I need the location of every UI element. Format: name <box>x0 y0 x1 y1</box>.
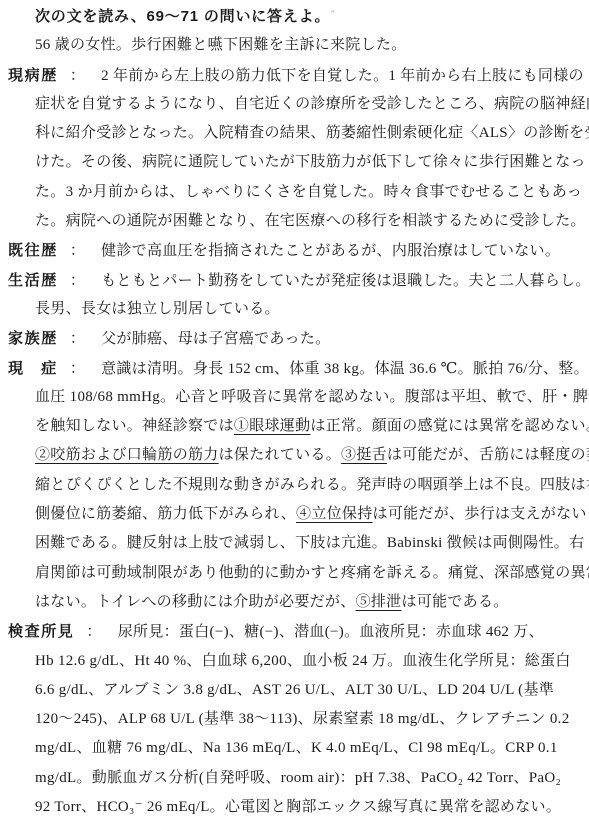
label-colon: ： <box>70 68 85 84</box>
label-colon: ： <box>86 624 101 640</box>
text-segment: 側優位に筋萎縮、筋力低下がみられ、 <box>35 506 296 522</box>
text-line: 6.6 g/dL、アルブミン 3.8 g/dL、AST 26 U/L、ALT 3… <box>0 676 589 705</box>
text-segment: は可能だが、歩行は支えがないと <box>373 506 589 522</box>
text-segment: けた。その後、病院に通院していたが下肢筋力が低下して徐々に歩行困難となっ <box>35 154 586 170</box>
underlined-phrase-2: ②咬筋および口輪筋の筋力 <box>35 447 219 463</box>
text-segment: た。病院への通院が困難となり、在宅医療への移行を相談するために受診した。 <box>35 213 586 229</box>
text-segment: は保たれている。 <box>219 447 341 463</box>
section-label: 家族歴 <box>8 330 58 347</box>
text-line: 症状を自覚するようになり、自宅近くの診療所を受診したところ、病院の脳神経内 <box>0 90 589 119</box>
section-label: 生活歴 <box>8 272 58 289</box>
text-line: た。3 か月前からは、しゃべりにくさを自覚した。時々食事でむせることもあっ <box>0 178 589 207</box>
text-segment: 困難である。腱反射は上肢で減弱し、下肢は亢進。Babinski 徴候は両側陽性。… <box>35 535 584 551</box>
text-line: 120～245)、ALP 68 U/L (基準 38～113)、尿素窒素 18 … <box>0 705 589 734</box>
text-segment: 父が肺癌、母は子宮癌であった。 <box>101 331 330 347</box>
text-line: 長男、長女は独立し別居している。 <box>0 295 589 324</box>
label-colon: ： <box>70 361 85 377</box>
exam-instruction: 次の文を読み、69～71 の問いに答えよ。 <box>0 2 589 31</box>
text-segment: 尿所見：蛋白(−)、糖(−)、潜血(−)。血液所見：赤血球 462 万、 <box>118 624 544 640</box>
text-segment: 6.6 g/dL、アルブミン 3.8 g/dL、AST 26 U/L、ALT 3… <box>35 682 554 698</box>
section-label: 現病歴 <box>8 67 58 84</box>
text-line: 困難である。腱反射は上肢で減弱し、下肢は亢進。Babinski 徴候は両側陽性。… <box>0 529 589 558</box>
text-segment: は可能だが、舌筋には軽度の萎 <box>387 447 589 463</box>
section-label: 現 症 <box>8 360 58 377</box>
text-segment: mg/dL、血糖 76 mg/dL、Na 136 mEq/L、K 4.0 mEq… <box>35 740 558 756</box>
text-segment: た。3 か月前からは、しゃべりにくさを自覚した。時々食事でむせることもあっ <box>35 184 582 200</box>
text-line: 56 歳の女性。歩行困難と嚥下困難を主訴に来院した。 <box>0 31 589 60</box>
text-line: 肩関節は可動域制限があり他動的に動かすと疼痛を訴える。痛覚、深部感覚の異常 <box>0 559 589 588</box>
text-segment: 2 年前から左上肢の筋力低下を自覚した。1 年前から右上肢にも同様の <box>101 68 584 84</box>
text-line: 92 Torr、HCO₃⁻ 26 mEq/L。心電図と胸部エックス線写真に異常を… <box>0 793 589 822</box>
text-segment: 長男、長女は独立し別居している。 <box>35 301 280 317</box>
text-segment: mg/dL。動脈血ガス分析(自発呼吸、room air)：pH 7.38、PaC… <box>35 770 561 786</box>
text-segment: は正常。顔面の感覚には異常を認めない。 <box>310 418 589 434</box>
underlined-phrase-3: ③挺舌 <box>341 447 387 463</box>
text-line: 縮とぴくぴくとした不規則な動きがみられる。発声時の咽頭挙上は不良。四肢は右 <box>0 471 589 500</box>
text-segment: は可能である。 <box>401 594 508 610</box>
text-segment: Hb 12.6 g/dL、Ht 40 %、白血球 6,200、血小板 24 万。… <box>35 653 571 669</box>
scan-artifact-mark: ″ <box>331 9 335 19</box>
section-label: 既往歴 <box>8 242 58 259</box>
text-segment: 健診で高血圧を指摘されたことがあるが、内服治療はしていない。 <box>101 243 560 259</box>
exam-case-document: 次の文を読み、69～71 の問いに答えよ。 56 歳の女性。歩行困難と嚥下困難を… <box>0 0 589 822</box>
text-segment: 症状を自覚するようになり、自宅近くの診療所を受診したところ、病院の脳神経内 <box>35 96 589 112</box>
text-segment: 血圧 108/68 mmHg。心音と呼吸音に異常を認めない。腹部は平坦、軟で、肝… <box>35 389 588 405</box>
text-line: ②咬筋および口輪筋の筋力は保たれている。③挺舌は可能だが、舌筋には軽度の萎 <box>0 441 589 470</box>
label-colon: ： <box>70 243 85 259</box>
label-colon: ： <box>70 273 85 289</box>
text-segment: 意識は清明。身長 152 cm、体重 38 kg。体温 36.6 ℃。脈拍 76… <box>101 361 589 377</box>
underlined-phrase-1: ①眼球運動 <box>234 418 311 434</box>
text-line: 血圧 108/68 mmHg。心音と呼吸音に異常を認めない。腹部は平坦、軟で、肝… <box>0 383 589 412</box>
text-segment: もともとパート勤務をしていたが発症後は退職した。夫と二人暮らし。 <box>101 273 589 289</box>
text-segment: 縮とぴくぴくとした不規則な動きがみられる。発声時の咽頭挙上は不良。四肢は右 <box>35 477 589 493</box>
label-colon: ： <box>70 331 85 347</box>
text-line: mg/dL。動脈血ガス分析(自発呼吸、room air)：pH 7.38、PaC… <box>0 764 589 793</box>
section-label: 検査所見 <box>8 623 74 640</box>
text-segment: 科に紹介受診となった。入院精査の結果、筋萎縮性側索硬化症〈ALS〉の診断を受 <box>35 125 589 141</box>
text-line: 現 症：意識は清明。身長 152 cm、体重 38 kg。体温 36.6 ℃。脈… <box>0 354 589 383</box>
text-segment: を触知しない。神経診察では <box>35 418 234 434</box>
text-line: た。病院への通院が困難となり、在宅医療への移行を相談するために受診した。 <box>0 207 589 236</box>
text-segment: 120～245)、ALP 68 U/L (基準 38～113)、尿素窒素 18 … <box>35 711 570 727</box>
text-line: 現病歴：2 年前から左上肢の筋力低下を自覚した。1 年前から右上肢にも同様の <box>0 61 589 90</box>
text-line: 科に紹介受診となった。入院精査の結果、筋萎縮性側索硬化症〈ALS〉の診断を受 <box>0 119 589 148</box>
text-line: 家族歴：父が肺癌、母は子宮癌であった。 <box>0 324 589 353</box>
text-line: 側優位に筋萎縮、筋力低下がみられ、④立位保持は可能だが、歩行は支えがないと <box>0 500 589 529</box>
underlined-phrase-5: ⑤排泄 <box>356 594 402 610</box>
text-segment: 56 歳の女性。歩行困難と嚥下困難を主訴に来院した。 <box>35 37 407 53</box>
text-line: 検査所見：尿所見：蛋白(−)、糖(−)、潜血(−)。血液所見：赤血球 462 万… <box>0 617 589 646</box>
text-line: 既往歴：健診で高血圧を指摘されたことがあるが、内服治療はしていない。 <box>0 236 589 265</box>
text-line: はない。トイレへの移動には介助が必要だが、⑤排泄は可能である。 <box>0 588 589 617</box>
text-segment: 肩関節は可動域制限があり他動的に動かすと疼痛を訴える。痛覚、深部感覚の異常 <box>35 565 589 581</box>
text-line: けた。その後、病院に通院していたが下肢筋力が低下して徐々に歩行困難となっ <box>0 148 589 177</box>
underlined-phrase-4: ④立位保持 <box>296 506 373 522</box>
text-segment: はない。トイレへの移動には介助が必要だが、 <box>35 594 356 610</box>
text-line: mg/dL、血糖 76 mg/dL、Na 136 mEq/L、K 4.0 mEq… <box>0 734 589 763</box>
text-line: 生活歴：もともとパート勤務をしていたが発症後は退職した。夫と二人暮らし。 <box>0 266 589 295</box>
text-line: を触知しない。神経診察では①眼球運動は正常。顔面の感覚には異常を認めない。 <box>0 412 589 441</box>
text-segment: 92 Torr、HCO₃⁻ 26 mEq/L。心電図と胸部エックス線写真に異常を… <box>35 799 561 815</box>
document-lines: 56 歳の女性。歩行困難と嚥下困難を主訴に来院した。現病歴：2 年前から左上肢の… <box>0 31 589 822</box>
text-line: Hb 12.6 g/dL、Ht 40 %、白血球 6,200、血小板 24 万。… <box>0 647 589 676</box>
